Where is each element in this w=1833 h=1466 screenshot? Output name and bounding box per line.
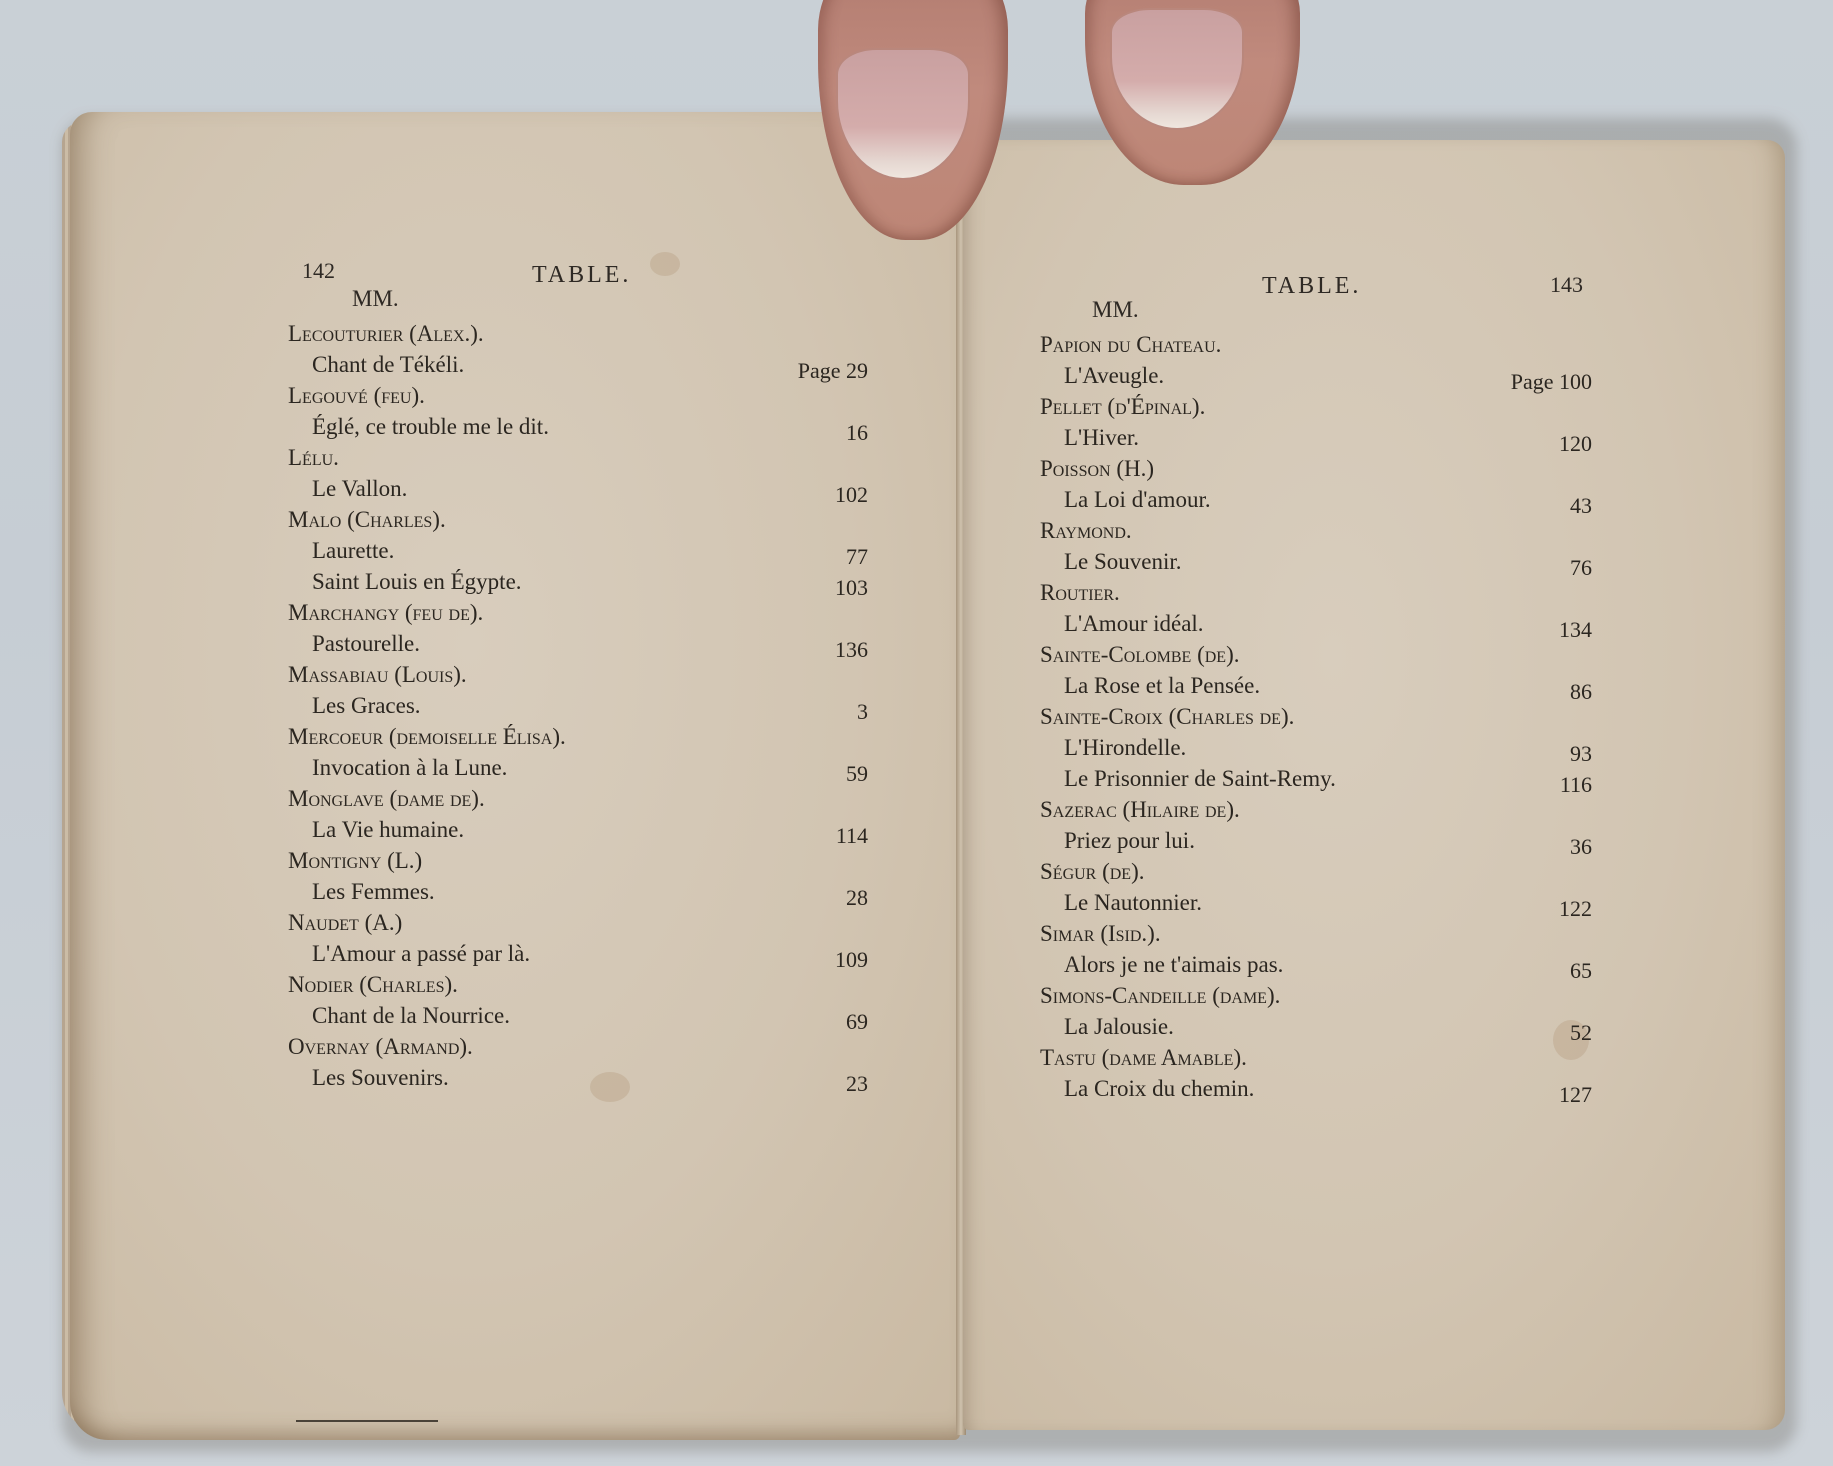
index-entry: Pellet (d'Épinal).L'Hiver.120	[1040, 391, 1592, 453]
index-entry: Tastu (dame Amable).La Croix du chemin.1…	[1040, 1042, 1592, 1104]
index-entry: Sazerac (Hilaire de).Priez pour lui.36	[1040, 794, 1592, 856]
fingernail	[1110, 8, 1244, 130]
author-name: Malo (Charles).	[288, 504, 868, 535]
index-entry: Lecouturier (Alex.).Chant de Tékéli.Page…	[288, 318, 868, 380]
running-head-right: TABLE.	[1262, 273, 1361, 300]
page-number-right: 143	[1550, 272, 1583, 298]
poem-title: Les Souvenirs.	[288, 1065, 449, 1090]
title-row: Priez pour lui.36	[1040, 825, 1592, 856]
poem-title: La Jalousie.	[1040, 1014, 1174, 1039]
poem-title: L'Hiver.	[1040, 425, 1139, 450]
author-name: Marchangy (feu de).	[288, 597, 868, 628]
title-row: Églé, ce trouble me le dit.16	[288, 411, 868, 442]
title-row: L'Aveugle.Page 100	[1040, 360, 1592, 391]
index-entry: Lélu.Le Vallon.102	[288, 442, 868, 504]
index-entry: Poisson (H.)La Loi d'amour.43	[1040, 453, 1592, 515]
title-row: Alors je ne t'aimais pas.65	[1040, 949, 1592, 980]
paper-stain	[650, 252, 680, 276]
author-name: Poisson (H.)	[1040, 453, 1592, 484]
index-entry: Sainte-Colombe (de).La Rose et la Pensée…	[1040, 639, 1592, 701]
author-name: Lecouturier (Alex.).	[288, 318, 868, 349]
title-row: Chant de la Nourrice.69	[288, 1000, 868, 1031]
running-head-left: TABLE.	[532, 262, 631, 289]
author-name: Pellet (d'Épinal).	[1040, 391, 1592, 422]
poem-title: Églé, ce trouble me le dit.	[288, 414, 549, 439]
poem-title: Pastourelle.	[288, 631, 420, 656]
index-entry: Montigny (L.)Les Femmes.28	[288, 845, 868, 907]
heading-mm-left: MM.	[352, 286, 399, 312]
author-name: Nodier (Charles).	[288, 969, 868, 1000]
poem-title: Priez pour lui.	[1040, 828, 1195, 853]
page-reference: 127	[1559, 1079, 1592, 1110]
title-row: Le Nautonnier.122	[1040, 887, 1592, 918]
index-entry: Naudet (A.)L'Amour a passé par là.109	[288, 907, 868, 969]
poem-title: L'Hirondelle.	[1040, 735, 1186, 760]
author-name: Ségur (de).	[1040, 856, 1592, 887]
author-name: Simar (Isid.).	[1040, 918, 1592, 949]
index-entry: Simar (Isid.).Alors je ne t'aimais pas.6…	[1040, 918, 1592, 980]
title-row: Saint Louis en Égypte.103	[288, 566, 868, 597]
poem-title: Laurette.	[288, 538, 394, 563]
title-row: Invocation à la Lune.59	[288, 752, 868, 783]
poem-title: Le Nautonnier.	[1040, 890, 1202, 915]
title-row: Pastourelle.136	[288, 628, 868, 659]
index-entry: Overnay (Armand).Les Souvenirs.23	[288, 1031, 868, 1093]
author-name: Sainte-Colombe (de).	[1040, 639, 1592, 670]
title-row: Le Prisonnier de Saint-Remy.116	[1040, 763, 1592, 794]
poem-title: Le Vallon.	[288, 476, 407, 501]
poem-title: La Croix du chemin.	[1040, 1076, 1254, 1101]
fingernail	[836, 48, 970, 180]
index-entry: Raymond.Le Souvenir.76	[1040, 515, 1592, 577]
index-entry: Malo (Charles).Laurette.77Saint Louis en…	[288, 504, 868, 597]
title-row: Les Femmes.28	[288, 876, 868, 907]
index-entry: Marchangy (feu de).Pastourelle.136	[288, 597, 868, 659]
poem-title: Saint Louis en Égypte.	[288, 569, 522, 594]
title-row: Chant de Tékéli.Page 29	[288, 349, 868, 380]
author-name: Simons-Candeille (dame).	[1040, 980, 1592, 1011]
poem-title: L'Aveugle.	[1040, 363, 1164, 388]
page-number-left: 142	[302, 258, 335, 284]
title-row: La Vie humaine.114	[288, 814, 868, 845]
title-row: Les Souvenirs.23	[288, 1062, 868, 1093]
index-entry: Nodier (Charles).Chant de la Nourrice.69	[288, 969, 868, 1031]
poem-title: La Vie humaine.	[288, 817, 464, 842]
author-name: Montigny (L.)	[288, 845, 868, 876]
title-row: La Jalousie.52	[1040, 1011, 1592, 1042]
heading-mm-right: MM.	[1092, 297, 1139, 323]
title-row: Laurette.77	[288, 535, 868, 566]
author-name: Sazerac (Hilaire de).	[1040, 794, 1592, 825]
poem-title: Chant de la Nourrice.	[288, 1003, 510, 1028]
index-entry: Ségur (de).Le Nautonnier.122	[1040, 856, 1592, 918]
author-name: Naudet (A.)	[288, 907, 868, 938]
title-row: La Loi d'amour.43	[1040, 484, 1592, 515]
author-name: Lélu.	[288, 442, 868, 473]
author-name: Papion du Chateau.	[1040, 329, 1592, 360]
index-entry: Papion du Chateau.L'Aveugle.Page 100	[1040, 329, 1592, 391]
poem-title: Le Souvenir.	[1040, 549, 1182, 574]
index-entry: Massabiau (Louis).Les Graces.3	[288, 659, 868, 721]
poem-title: Les Femmes.	[288, 879, 435, 904]
title-row: L'Hiver.120	[1040, 422, 1592, 453]
title-row: L'Hirondelle.93	[1040, 732, 1592, 763]
poem-title: La Rose et la Pensée.	[1040, 673, 1260, 698]
title-row: L'Amour a passé par là.109	[288, 938, 868, 969]
index-entry: Sainte-Croix (Charles de).L'Hirondelle.9…	[1040, 701, 1592, 794]
poem-title: Les Graces.	[288, 693, 421, 718]
poem-title: La Loi d'amour.	[1040, 487, 1211, 512]
title-row: La Rose et la Pensée.86	[1040, 670, 1592, 701]
poem-title: Chant de Tékéli.	[288, 352, 464, 377]
author-name: Routier.	[1040, 577, 1592, 608]
poem-title: L'Amour idéal.	[1040, 611, 1204, 636]
index-entry: Monglave (dame de).La Vie humaine.114	[288, 783, 868, 845]
author-name: Mercoeur (demoiselle Élisa).	[288, 721, 868, 752]
author-name: Overnay (Armand).	[288, 1031, 868, 1062]
title-row: Le Vallon.102	[288, 473, 868, 504]
poem-title: Le Prisonnier de Saint-Remy.	[1040, 766, 1336, 791]
author-name: Raymond.	[1040, 515, 1592, 546]
index-entry: Legouvé (feu).Églé, ce trouble me le dit…	[288, 380, 868, 442]
poem-title: L'Amour a passé par là.	[288, 941, 530, 966]
author-name: Tastu (dame Amable).	[1040, 1042, 1592, 1073]
author-name: Legouvé (feu).	[288, 380, 868, 411]
index-entry: Simons-Candeille (dame).La Jalousie.52	[1040, 980, 1592, 1042]
page-reference: 23	[846, 1068, 868, 1099]
author-name: Massabiau (Louis).	[288, 659, 868, 690]
title-row: L'Amour idéal.134	[1040, 608, 1592, 639]
poem-title: Alors je ne t'aimais pas.	[1040, 952, 1283, 977]
index-list-right: Papion du Chateau.L'Aveugle.Page 100Pell…	[1040, 329, 1592, 1104]
title-row: La Croix du chemin.127	[1040, 1073, 1592, 1104]
author-name: Sainte-Croix (Charles de).	[1040, 701, 1592, 732]
poem-title: Invocation à la Lune.	[288, 755, 507, 780]
index-entry: Mercoeur (demoiselle Élisa).Invocation à…	[288, 721, 868, 783]
index-list-left: Lecouturier (Alex.).Chant de Tékéli.Page…	[288, 318, 868, 1093]
title-row: Le Souvenir.76	[1040, 546, 1592, 577]
bottom-rule	[296, 1420, 438, 1422]
title-row: Les Graces.3	[288, 690, 868, 721]
author-name: Monglave (dame de).	[288, 783, 868, 814]
index-entry: Routier.L'Amour idéal.134	[1040, 577, 1592, 639]
